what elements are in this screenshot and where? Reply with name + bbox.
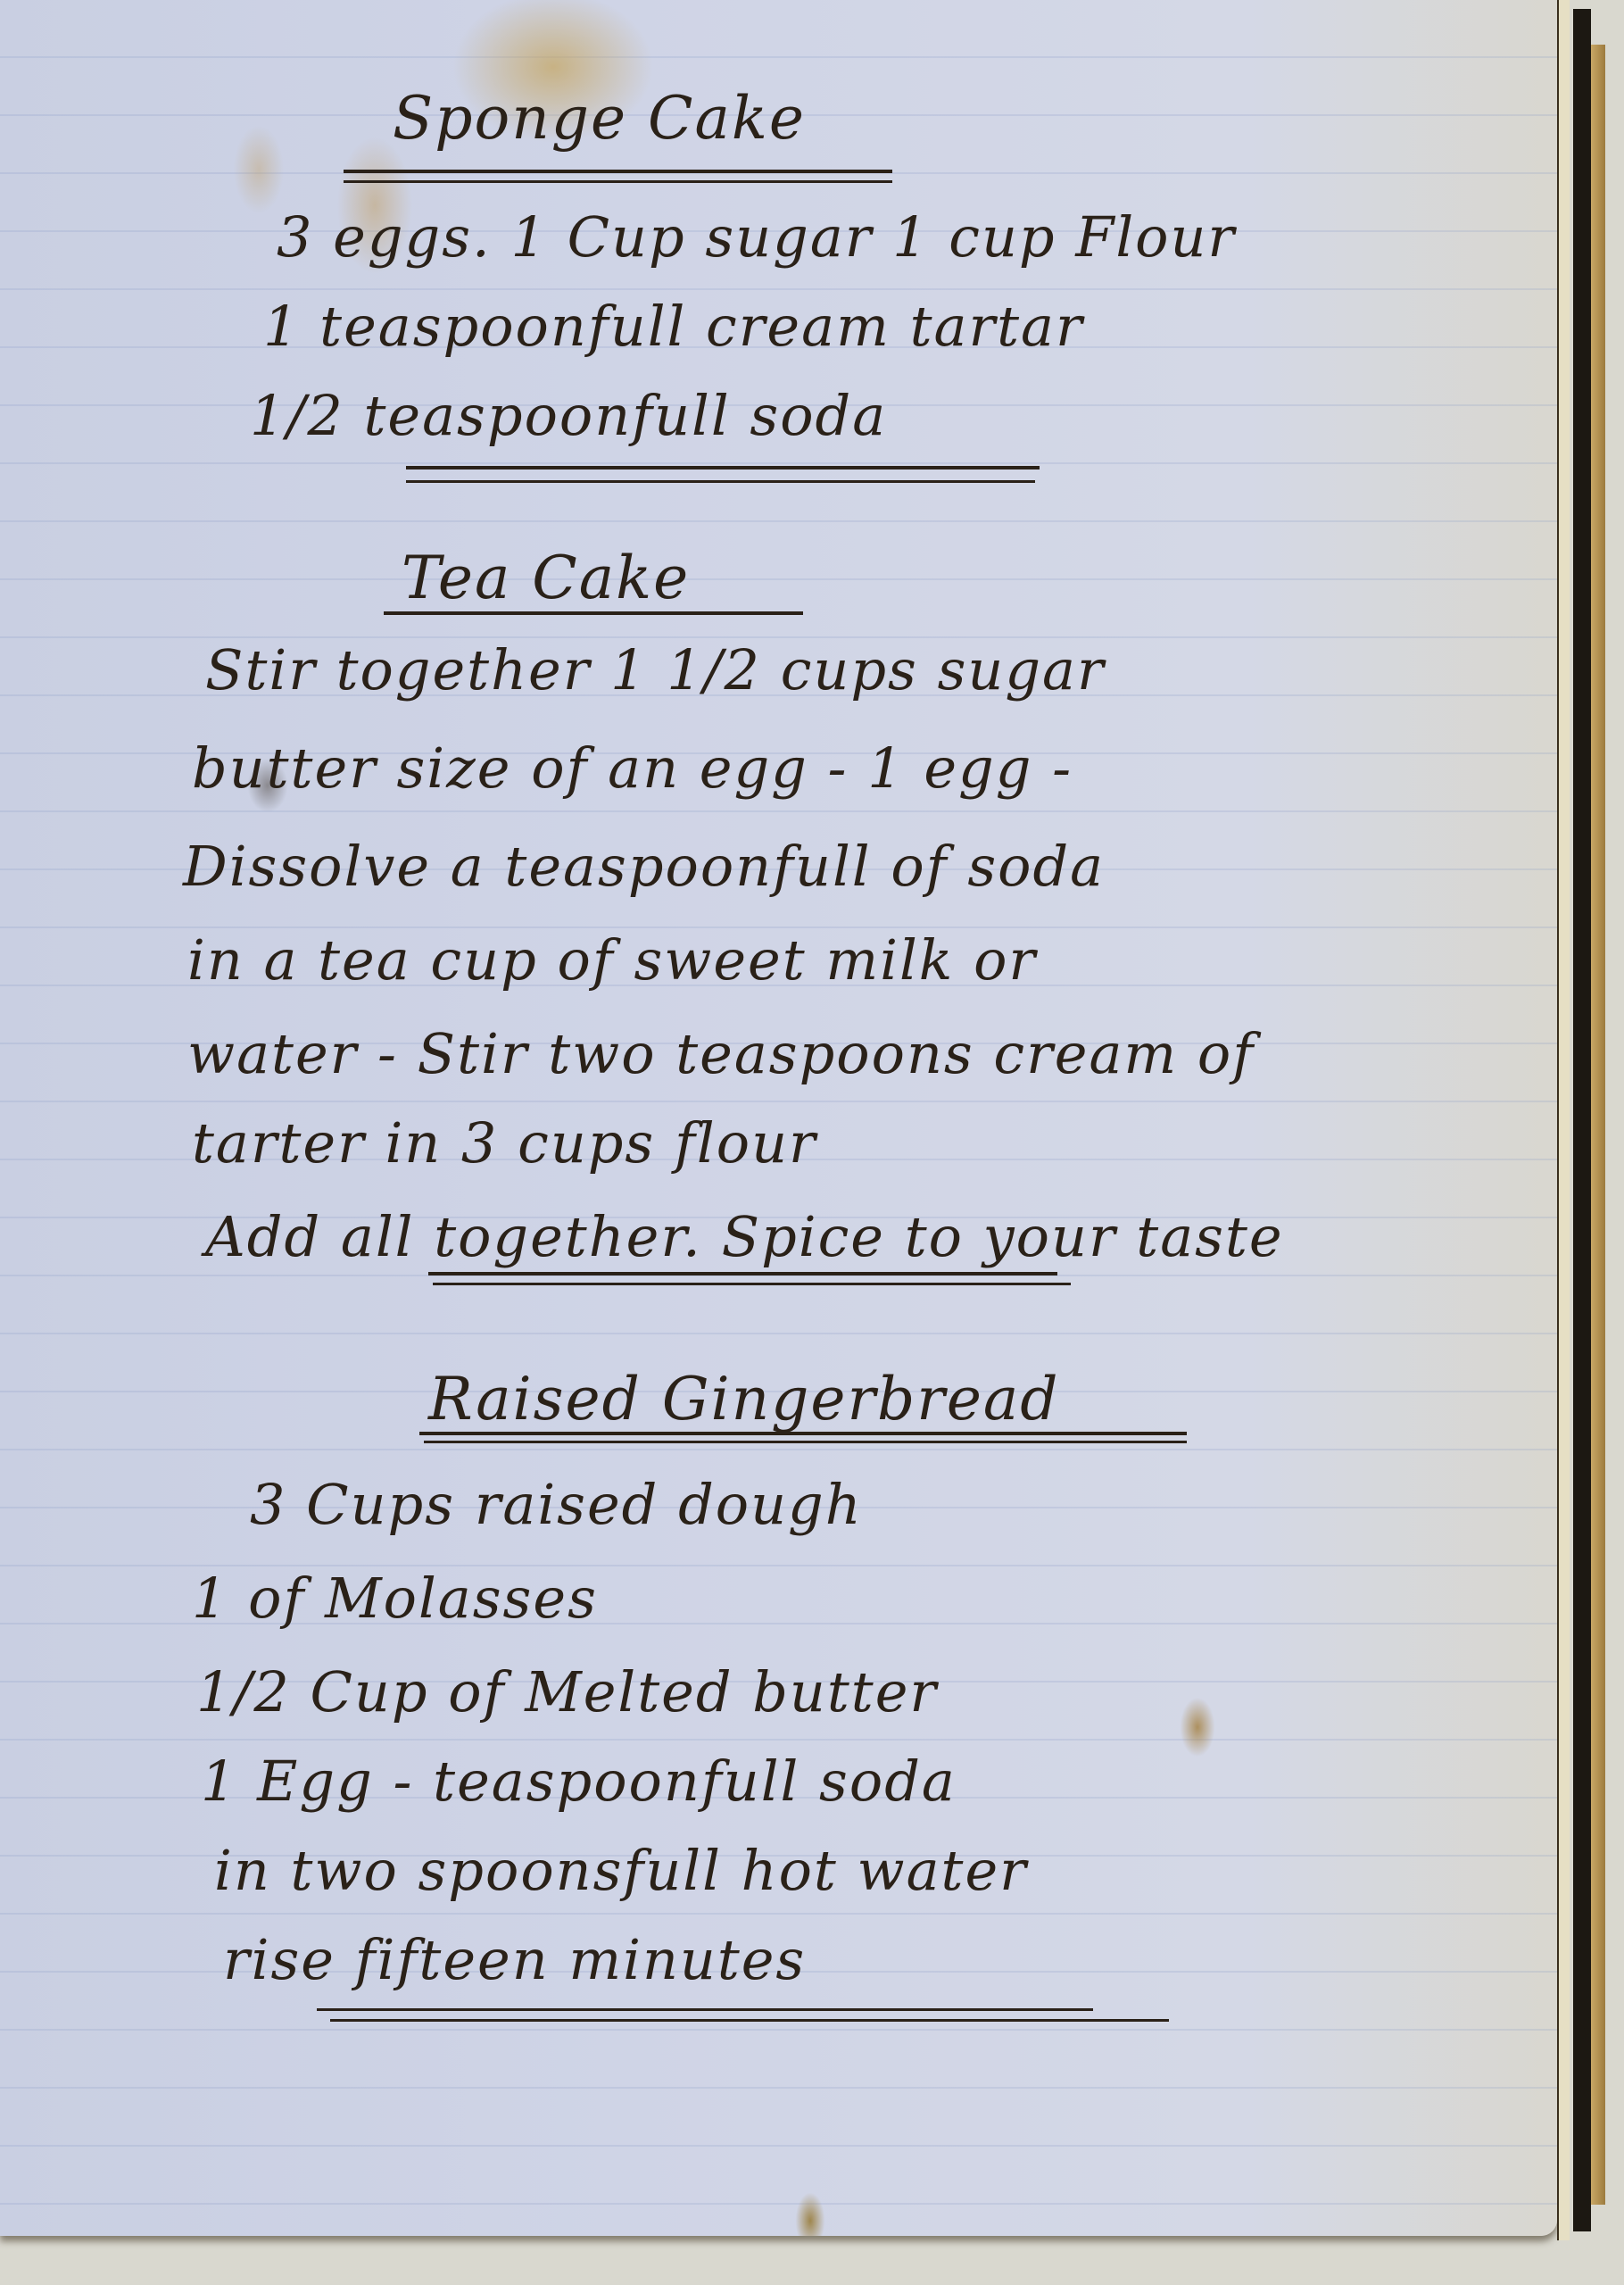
page-edge (1557, 0, 1570, 2240)
recipe-line: 3 Cups raised dough (250, 1477, 863, 1533)
section-divider (406, 466, 1040, 469)
recipe-line: Add all together. Spice to your taste (205, 1209, 1284, 1265)
title-underline (344, 180, 892, 183)
recipe-line: 1 teaspoonfull cream tartar (263, 299, 1084, 354)
recipe-title-raised-gingerbread: Raised Gingerbread (428, 1370, 1059, 1429)
recipe-line: in two spoonsfull hot water (214, 1843, 1028, 1899)
section-divider (406, 480, 1035, 483)
recipe-line: Dissolve a teaspoonfull of soda (183, 839, 1105, 894)
notebook-page: Sponge Cake 3 eggs. 1 Cup sugar 1 cup Fl… (0, 0, 1557, 2236)
section-divider (330, 2019, 1169, 2022)
book-cover-edge (1573, 9, 1591, 2231)
recipe-line: butter size of an egg - 1 egg - (192, 741, 1073, 796)
recipe-line: in a tea cup of sweet milk or (187, 933, 1037, 988)
recipe-line: 1/2 teaspoonfull soda (250, 388, 887, 444)
recipe-line: rise fifteen minutes (223, 1932, 806, 1988)
recipe-line: Stir together 1 1/2 cups sugar (205, 643, 1106, 698)
section-divider (433, 1283, 1071, 1285)
title-underline (344, 170, 892, 173)
recipe-line: tarter in 3 cups flour (192, 1116, 817, 1171)
recipe-title-sponge-cake: Sponge Cake (393, 89, 806, 148)
recipe-line: 1 of Molasses (192, 1571, 598, 1626)
recipe-line: 1 Egg - teaspoonfull soda (201, 1754, 957, 1809)
section-divider (317, 2008, 1093, 2011)
title-underline (384, 611, 803, 615)
page-stack-edge (1591, 45, 1605, 2205)
recipe-title-tea-cake: Tea Cake (402, 549, 690, 608)
recipe-line: 1/2 Cup of Melted butter (196, 1665, 938, 1720)
section-divider (428, 1272, 1057, 1275)
title-underline (419, 1432, 1187, 1435)
recipe-line: water - Stir two teaspoons cream of (187, 1026, 1255, 1082)
title-underline (424, 1441, 1187, 1443)
recipe-line: 3 eggs. 1 Cup sugar 1 cup Flour (277, 210, 1236, 265)
